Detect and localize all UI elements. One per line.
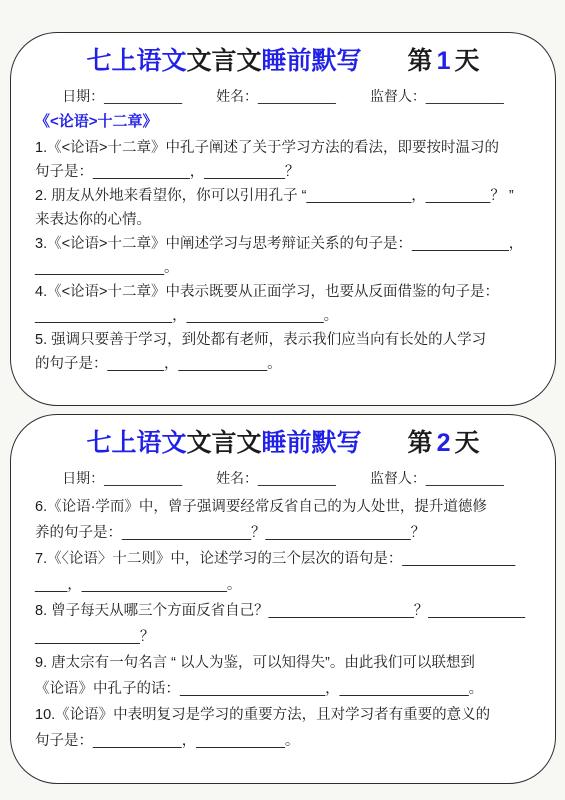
name-field: 姓名：__________ [216, 85, 336, 107]
title-subject: 文言文 [187, 429, 262, 457]
supervisor-field: 监督人：__________ [370, 467, 504, 489]
date-field: 日期：__________ [62, 467, 182, 489]
title-main: 七上语文文言文睡前默写 [87, 425, 362, 462]
title-subject: 文言文 [187, 47, 262, 75]
question-6: 6.《论语·学而》中，曾子强调要经常反省自己的为人处世，提升道德修 养的句子是：… [35, 494, 531, 546]
question-list-day-2: 6.《论语·学而》中，曾子强调要经常反省自己的为人处世，提升道德修 养的句子是：… [35, 494, 531, 754]
worksheet-page: 七上语文文言文睡前默写 第1天 日期：__________ 姓名：_______… [0, 0, 565, 784]
section-heading: 《<论语>十二章》 [35, 111, 531, 133]
day-suffix: 天 [454, 429, 479, 457]
supervisor-field: 监督人：__________ [370, 85, 504, 107]
day-label: 第1天 [408, 43, 480, 80]
day-number: 1 [433, 47, 455, 75]
name-field: 姓名：__________ [216, 467, 336, 489]
day-1-card: 七上语文文言文睡前默写 第1天 日期：__________ 姓名：_______… [10, 32, 556, 406]
question-4: 4.《<论语>十二章》中表示既要从正面学习，也要从反面借鉴的句子是： _____… [35, 280, 531, 328]
title-activity: 睡前默写 [262, 47, 362, 75]
title-activity: 睡前默写 [262, 429, 362, 457]
day-number: 2 [433, 429, 455, 457]
day-2-card: 七上语文文言文睡前默写 第2天 日期：__________ 姓名：_______… [10, 414, 556, 784]
title-series: 七上语文 [87, 47, 187, 75]
question-10: 10.《论语》中表明复习是学习的重要方法，且对学习者有重要的意义的 句子是：__… [35, 702, 531, 754]
title-main: 七上语文文言文睡前默写 [87, 43, 362, 80]
day-prefix: 第 [408, 47, 433, 75]
question-2: 2. 朋友从外地来看望你，你可以引用孔子 “_____________，____… [35, 184, 531, 232]
question-5: 5. 强调只要善于学习，到处都有老师，表示我们应当向有长处的人学习 的句子是：_… [35, 328, 531, 376]
day-prefix: 第 [408, 429, 433, 457]
question-9: 9. 唐太宗有一句名言 “ 以人为鉴，可以知得失”。由此我们可以联想到 《论语》… [35, 650, 531, 702]
question-list-day-1: 1.《<论语>十二章》中孔子阐述了关于学习方法的看法，即要按时温习的 句子是：_… [35, 136, 531, 376]
date-field: 日期：__________ [62, 85, 182, 107]
info-row: 日期：__________ 姓名：__________ 监督人：________… [35, 467, 531, 489]
day-label: 第2天 [408, 425, 480, 462]
title-series: 七上语文 [87, 429, 187, 457]
question-1: 1.《<论语>十二章》中孔子阐述了关于学习方法的看法，即要按时温习的 句子是：_… [35, 136, 531, 184]
question-8: 8. 曾子每天从哪三个方面反省自己？__________________？___… [35, 598, 531, 650]
day-suffix: 天 [454, 47, 479, 75]
question-3: 3.《<论语>十二章》中阐述学习与思考辩证关系的句子是：____________… [35, 232, 531, 280]
question-7: 7.《〈论语〉十二则》中，论述学习的三个层次的语句是：_____________… [35, 546, 531, 598]
card-1-title: 七上语文文言文睡前默写 第1天 [35, 43, 531, 80]
card-2-title: 七上语文文言文睡前默写 第2天 [35, 425, 531, 462]
info-row: 日期：__________ 姓名：__________ 监督人：________… [35, 85, 531, 107]
